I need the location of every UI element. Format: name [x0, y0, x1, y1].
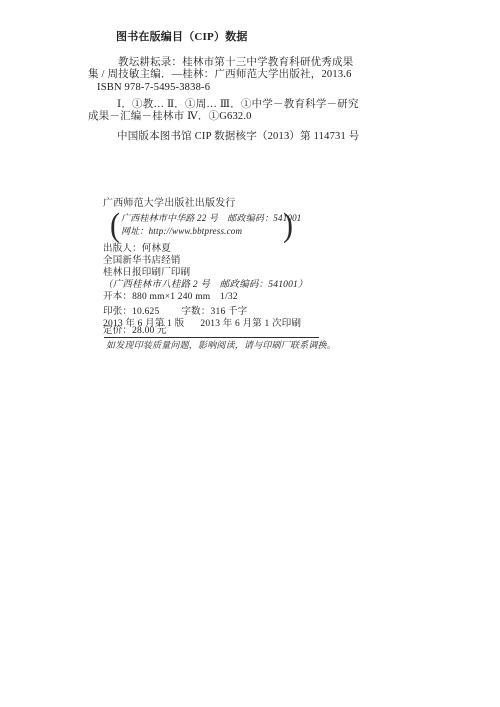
cip-record-line: 中国版本图书馆 CIP 数据核字（2013）第 114731 号 [117, 131, 359, 144]
cip-classification-line2: 成果－汇编－桂林市 Ⅳ．①G632.0 [88, 111, 252, 124]
impression-value: 2013 年 6 月第 1 次印刷 [200, 315, 301, 329]
cip-heading: 图书在版编目（CIP）数据 [116, 31, 248, 44]
divider-rule [104, 337, 319, 338]
big-close-paren: ) [283, 209, 293, 243]
issuer-line: 出版人：何林夏 [103, 244, 171, 255]
big-open-paren: ( [110, 209, 120, 243]
printer-line: 桂林日报印刷厂印刷 [103, 268, 190, 279]
format-line: 开本：880 mm×1 240 mm 1/32 [103, 292, 238, 303]
distribution-line: 全国新华书店经销 [103, 256, 181, 267]
website-line: 网址：http://www.bbtpress.com [121, 226, 242, 237]
price-line: 定价：28.00 元 [103, 326, 167, 337]
cip-classification-line1: Ⅰ．①教… Ⅱ．①周… Ⅲ．①中学－教育科学－研究 [117, 99, 359, 112]
copyright-page: 图书在版编目（CIP）数据 教坛耕耘录：桂林市第十三中学教育科研优秀成果 集 /… [0, 0, 500, 707]
cip-title-line: 教坛耕耘录：桂林市第十三中学教育科研优秀成果 [118, 57, 353, 70]
publisher-line: 广西师范大学出版社出版发行 [103, 198, 236, 210]
cip-isbn-line: ISBN 978-7-5495-3838-6 [97, 82, 210, 95]
caution-line: 如发现印装质量问题，影响阅读，请与印刷厂联系调换。 [106, 340, 336, 351]
printer-address-line: （广西桂林市八桂路 2 号 邮政编码：541001） [103, 280, 308, 291]
publisher-address-line: 广西桂林市中华路 22 号 邮政编码：541001 [121, 213, 302, 224]
cip-author-line: 集 / 周技敏主编．—桂林：广西师范大学出版社，2013.6 [88, 69, 352, 82]
